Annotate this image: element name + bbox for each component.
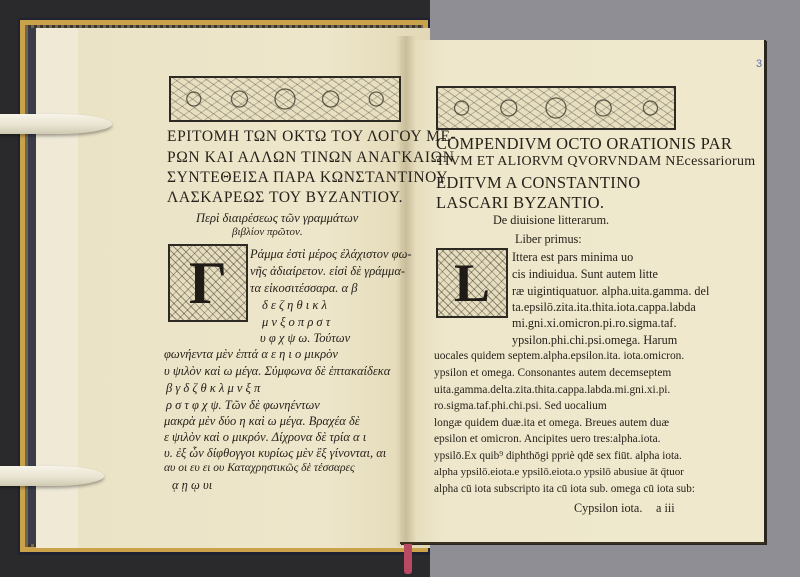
latin-body-line: longæ quidem duæ.ita et omega. Breues au… bbox=[434, 417, 669, 429]
greek-body-line: ρ σ τ φ χ ψ. Τῶν δὲ φωνηέντων bbox=[166, 398, 320, 413]
dropcap-letter: Γ bbox=[189, 249, 227, 318]
greek-body-line: μακρὰ μὲν δύο η καὶ ω μέγα. Βραχέα δὲ bbox=[164, 414, 360, 429]
greek-title-line: ΣΥΝΤΕΘΕΙΣΑ ΠΑΡΑ ΚΩΝΣΤΑΝΤΙΝΟΥ bbox=[167, 169, 448, 187]
latin-body-line: ta.epsilō.zita.ita.thita.iota.cappa.labd… bbox=[512, 300, 696, 315]
woodcut-dropcap-icon: L bbox=[436, 248, 508, 318]
greek-body-line: ᾳ ῃ ῳ υι bbox=[172, 478, 212, 493]
latin-body-line: Ittera est pars minima uo bbox=[512, 250, 633, 265]
greek-title-line: ΕΡΙΤΟΜΗ ΤΩΝ ΟΚΤΩ ΤΟΥ ΛΟΓΟΥ ΜΕ- bbox=[167, 128, 456, 146]
latin-body-line: alpha cū iota subscripto ita cū iota sub… bbox=[434, 483, 695, 495]
greek-title-line: ΛΑΣΚΑΡΕΩΣ ΤΟΥ ΒΥΖΑΝΤΙΟΥ. bbox=[167, 189, 403, 207]
greek-body-line: υ. ἐξ ὧν δίφθογγοι κυρίως μὲν ἓξ γίνοντα… bbox=[164, 446, 386, 461]
latin-title-line: LASCARI BYZANTIO. bbox=[436, 193, 604, 213]
latin-title-line: TIVM ET ALIORVM QVORVNDAM NEcessariorum bbox=[436, 154, 756, 170]
latin-subtitle: De diuisione litterarum. bbox=[493, 213, 609, 228]
greek-body-line: β γ δ ζ θ κ λ μ ν ξ π bbox=[166, 381, 260, 396]
latin-body-line: ypsilon et omega. Consonantes autem dece… bbox=[434, 367, 671, 379]
greek-body-line: τα εἰκοσιτέσσαρα. α β bbox=[250, 281, 357, 296]
latin-body-line: ræ uigintiquatuor. alpha.uita.gamma. del bbox=[512, 284, 709, 299]
latin-body-line: ypsilon.phi.chi.psi.omega. Harum bbox=[512, 333, 677, 348]
greek-body-line: φωνήεντα μὲν ἑπτά α ε η ι ο μικρὸν bbox=[164, 347, 338, 362]
greek-body-line: νῆς ἀδιαίρετον. εἰσὶ δὲ γράμμα- bbox=[250, 264, 405, 279]
latin-title-line: COMPENDIVM OCTO ORATIONIS PAR bbox=[436, 134, 732, 154]
greek-title-line: ΡΩΝ ΚΑΙ ΑΛΛΩΝ ΤΙΝΩΝ ΑΝΑΓΚΑΙΩΝ bbox=[167, 149, 455, 167]
woodcut-dropcap-icon: Γ bbox=[168, 244, 248, 322]
greek-subtitle: Περὶ διαιρέσεως τῶν γραμμάτων bbox=[196, 211, 358, 226]
greek-body-line: μ ν ξ ο π ρ σ τ bbox=[262, 315, 330, 330]
latin-body-line: cis indiuidua. Sunt autem litte bbox=[512, 267, 658, 282]
latin-title-line: EDITVM A CONSTANTINO bbox=[436, 173, 641, 193]
latin-body-line: ro.sigma.taf.phi.chi.psi. Sed uocalium bbox=[434, 400, 607, 412]
greek-body-line: αυ οι ευ ει ου Καταχρηστικῶς δὲ τέσσαρες bbox=[164, 462, 355, 474]
latin-body-line: epsilon et omicron. Ancipites uero tres:… bbox=[434, 433, 661, 445]
page-weight-bottom[interactable] bbox=[0, 466, 104, 486]
latin-body-line: ypsilō.Ex quib⁹ diphthōgi ppriè qdē sex … bbox=[434, 450, 682, 462]
floral-headpiece-icon bbox=[436, 86, 676, 130]
latin-body-line: Cypsilon iota. bbox=[574, 501, 642, 516]
greek-body-line: υ ψιλὸν καὶ ω μέγα. Σύμφωνα δὲ ἑπτακαίδε… bbox=[164, 364, 390, 379]
greek-body-line: Ράμμα ἐστὶ μέρος ἐλάχιστον φω- bbox=[250, 247, 412, 262]
latin-body-line: alpha ypsilō.eiota.e ypsilō.eiota.o ypsi… bbox=[434, 466, 684, 478]
greek-body-line: δ ε ζ η θ ι κ λ bbox=[262, 298, 327, 313]
dropcap-letter: L bbox=[454, 252, 490, 314]
ribbon-bookmark bbox=[404, 544, 412, 574]
latin-body-line: uocales quidem septem.alpha.epsilon.ita.… bbox=[434, 350, 684, 362]
greek-book-heading: βιβλίον πρῶτον. bbox=[232, 226, 303, 238]
latin-book-heading: Liber primus: bbox=[515, 232, 582, 247]
folio-mark: 3 bbox=[756, 58, 762, 70]
page-weight-top[interactable] bbox=[0, 114, 112, 134]
latin-body-line: mi.gni.xi.omicron.pi.ro.sigma.taf. bbox=[512, 316, 677, 331]
greek-body-line: ε ψιλὸν καὶ ο μικρόν. Δίχρονα δὲ τρία α … bbox=[164, 430, 366, 445]
signature-mark: a iii bbox=[656, 501, 675, 516]
floral-headpiece-icon bbox=[169, 76, 401, 122]
latin-body-line: uita.gamma.delta.zita.thita.cappa.labda.… bbox=[434, 384, 670, 396]
greek-body-line: υ φ χ ψ ω. Τούτων bbox=[260, 331, 350, 346]
